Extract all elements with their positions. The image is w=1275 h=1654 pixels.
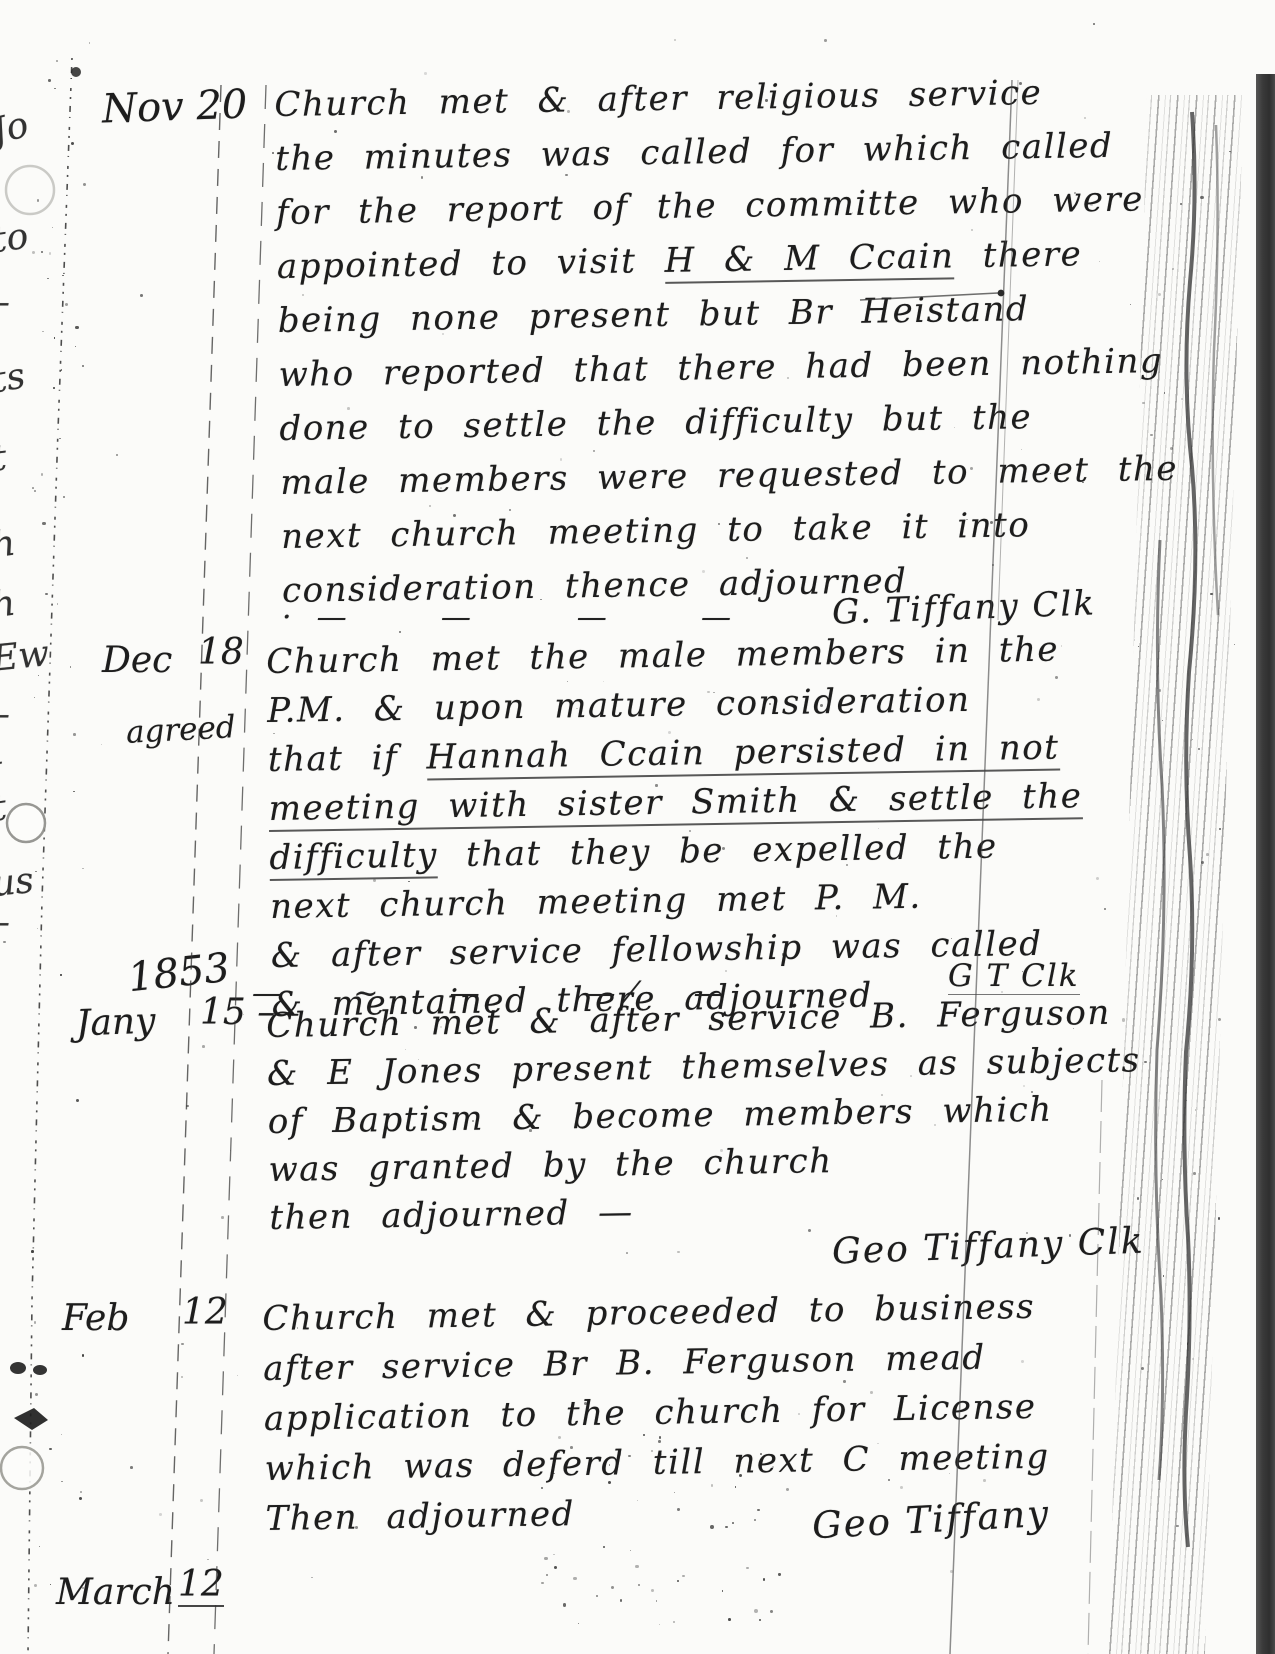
entry-body: Church met & after service B. Ferguson &…	[266, 988, 1143, 1242]
adjacent-page-text-fragment: ts	[0, 355, 28, 401]
entry-body: Church met & after religious service the…	[274, 64, 1180, 618]
margin-note: agreed	[125, 709, 236, 751]
entry-date: Dec	[102, 640, 172, 681]
ink-blot	[33, 1365, 47, 1375]
date-column-rule-left	[168, 85, 221, 1654]
ink-blot	[10, 1362, 26, 1374]
ink-blot	[71, 67, 81, 77]
line-segment: there	[954, 234, 1082, 276]
scanner-edge-strip	[1256, 74, 1275, 1654]
ink-blot	[14, 1408, 48, 1430]
adjacent-page-text-fragment: to	[0, 216, 31, 262]
entry-day: 18	[198, 632, 244, 673]
adjacent-page-text-fragment: –	[0, 282, 10, 323]
entry-date: March	[56, 1572, 175, 1613]
punch-hole	[1, 1447, 43, 1489]
line-segment: that they be expelled the	[437, 827, 997, 876]
adjacent-page-text-fragment: t	[0, 787, 9, 830]
adjacent-page-text-fragment: t	[0, 437, 9, 479]
entry-date: Jany	[75, 1001, 156, 1045]
adjacent-page-text-fragment: us	[0, 860, 36, 905]
line-segment: appointed to visit	[277, 241, 665, 287]
entry-day: 12	[178, 1564, 224, 1607]
adjacent-page-text-fragment: –	[0, 902, 10, 943]
scanned-minutes-page: Nov 20 Church met & after religious serv…	[0, 0, 1275, 1654]
line-segment: that if	[268, 737, 427, 779]
binding-crease-line	[28, 58, 72, 1654]
adjacent-page-text-fragment: –	[0, 694, 10, 735]
date-column-rule-right	[214, 85, 266, 1654]
punch-hole	[6, 166, 54, 214]
underlined-phrase: difficulty	[269, 835, 438, 881]
entry-date: Nov 20	[101, 81, 248, 132]
underlined-phrase: H & M Ccain	[664, 236, 954, 284]
adjacent-page-text-fragment: l	[0, 731, 7, 773]
adjacent-page-text-fragment: Ew	[0, 633, 51, 680]
separator-dashes: · — — — —	[282, 600, 733, 635]
entry-day: 12	[182, 1292, 228, 1333]
adjacent-page-text-fragment: Jo	[0, 104, 33, 153]
underlined-phrase: Hannah Ccain persisted in not	[426, 728, 1060, 781]
adjacent-page-text-fragment: h	[0, 523, 18, 567]
entry-day: 15 –	[200, 992, 275, 1033]
entry-date: Feb	[62, 1298, 129, 1339]
adjacent-page-text-fragment: h	[0, 583, 18, 627]
punch-hole	[7, 804, 45, 842]
